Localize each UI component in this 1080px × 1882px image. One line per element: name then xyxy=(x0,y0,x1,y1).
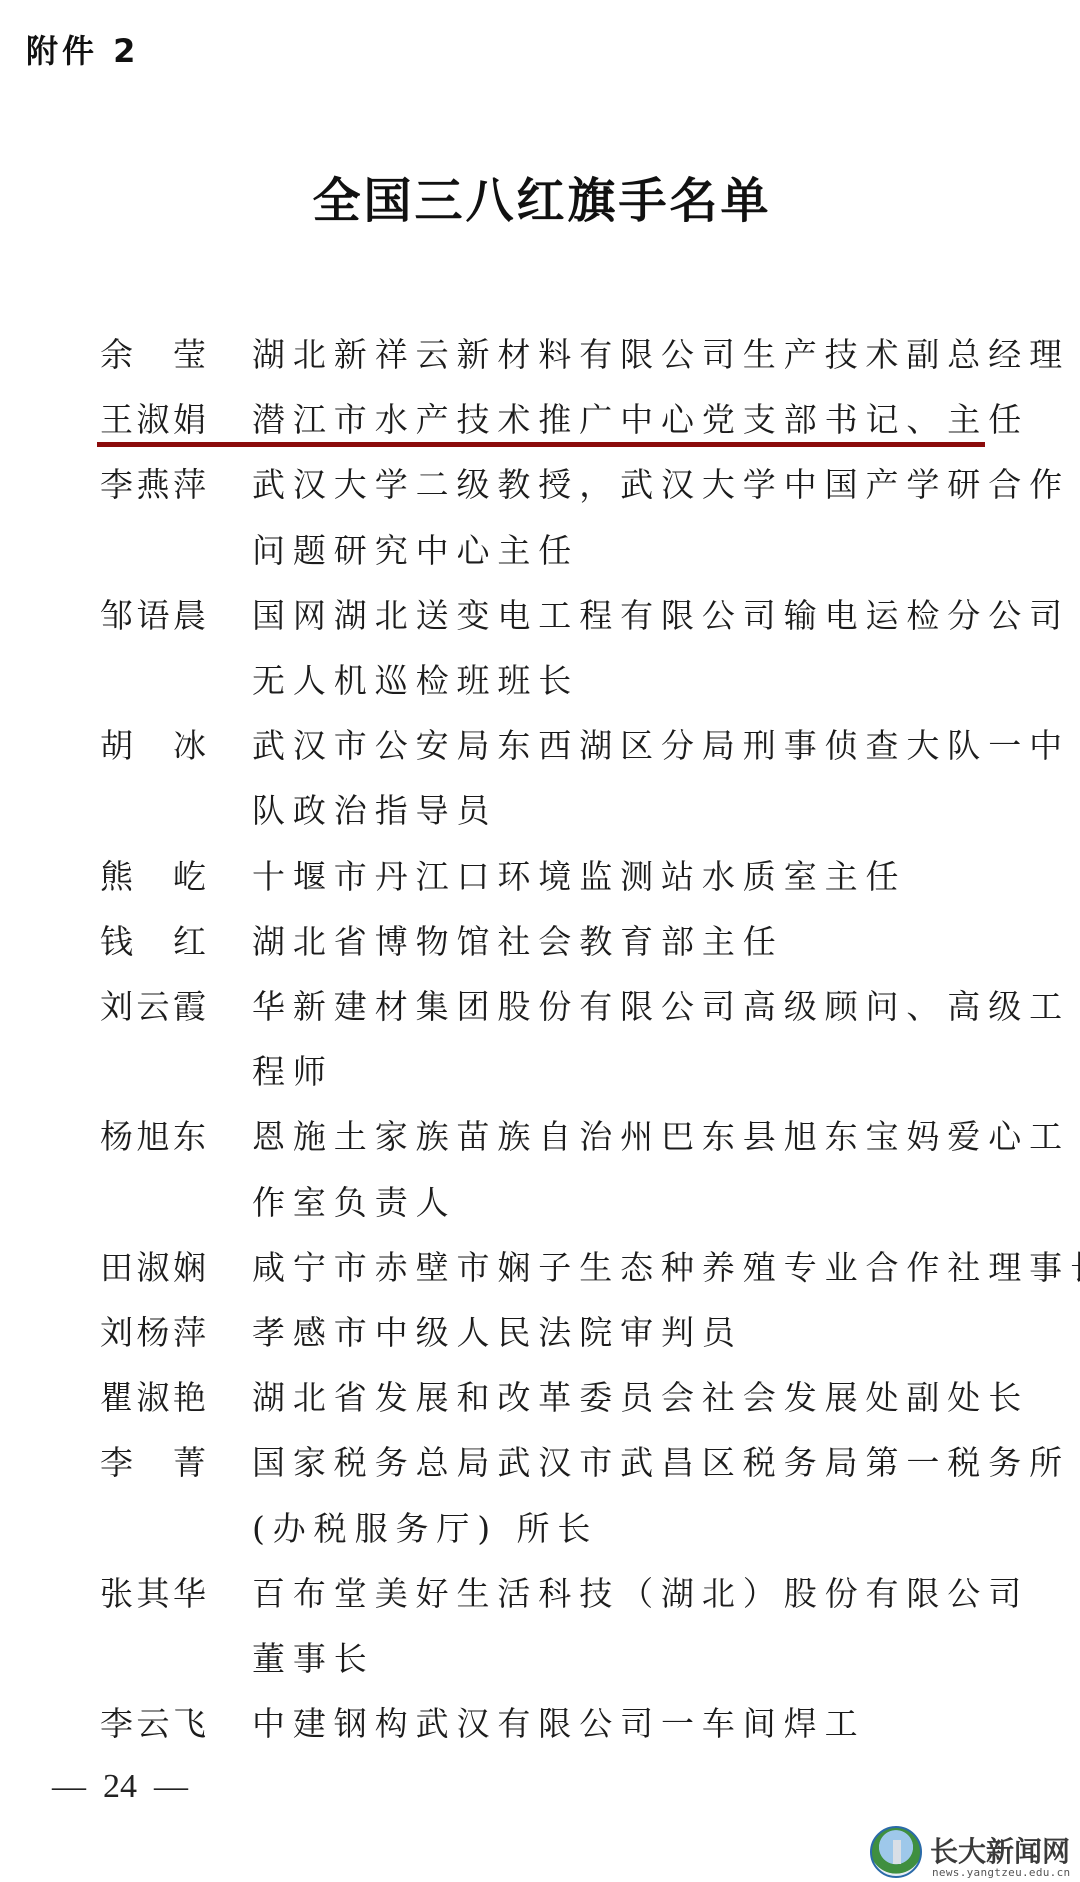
name-char: 李 xyxy=(100,1691,137,1756)
list-item-continuation: 无人机巡检班班长 xyxy=(0,648,1080,713)
name-char: 熊 xyxy=(100,844,173,909)
name-char: 张 xyxy=(100,1561,137,1626)
list-item: 刘云霞华新建材集团股份有限公司高级顾问、高级工 xyxy=(0,974,1080,1039)
name-char: 杨 xyxy=(100,1104,137,1169)
honoree-title: 无人机巡检班班长 xyxy=(252,648,579,713)
honoree-title: 十堰市丹江口环境监测站水质室主任 xyxy=(252,844,906,909)
page-number: — 24 — xyxy=(52,1768,188,1806)
honoree-title: 问题研究中心主任 xyxy=(252,518,579,583)
page-title: 全国三八红旗手名单 xyxy=(0,162,1080,231)
name-char: 刘 xyxy=(100,974,137,1039)
name-char: 其 xyxy=(137,1561,174,1626)
honoree-title: 百布堂美好生活科技（湖北）股份有限公司 xyxy=(252,1561,1029,1626)
honoree-title: 华新建材集团股份有限公司高级顾问、高级工 xyxy=(252,974,1070,1039)
name-char: 语 xyxy=(137,583,174,648)
honoree-name: 杨旭东 xyxy=(100,1104,206,1169)
attachment-label: 附件 2 xyxy=(26,26,139,72)
list-item: 熊屹十堰市丹江口环境监测站水质室主任 xyxy=(0,844,1080,909)
list-item: 李云飞中建钢构武汉有限公司一车间焊工 xyxy=(0,1691,1080,1756)
list-item-continuation: 队政治指导员 xyxy=(0,778,1080,843)
name-char: 晨 xyxy=(173,583,206,648)
list-item: 李菁国家税务总局武汉市武昌区税务局第一税务所 xyxy=(0,1430,1080,1495)
university-emblem-icon xyxy=(870,1826,922,1878)
honoree-title: 湖北省博物馆社会教育部主任 xyxy=(252,909,784,974)
honoree-title: 作室负责人 xyxy=(252,1170,457,1235)
list-item: 钱红湖北省博物馆社会教育部主任 xyxy=(0,909,1080,974)
name-char: 钱 xyxy=(100,909,173,974)
honoree-title: 武汉大学二级教授，武汉大学中国产学研合作 xyxy=(252,452,1070,517)
honoree-name: 田淑娴 xyxy=(100,1235,206,1300)
honoree-name: 熊屹 xyxy=(100,844,246,909)
list-item: 邹语晨国网湖北送变电工程有限公司输电运检分公司 xyxy=(0,583,1080,648)
honoree-name: 胡冰 xyxy=(100,713,246,778)
name-char: 淑 xyxy=(137,1365,174,1430)
name-char: 霞 xyxy=(173,974,206,1039)
list-item-continuation: 作室负责人 xyxy=(0,1170,1080,1235)
honoree-name: 邹语晨 xyxy=(100,583,206,648)
list-item: 余莹湖北新祥云新材料有限公司生产技术副总经理 xyxy=(0,322,1080,387)
list-item: 张其华百布堂美好生活科技（湖北）股份有限公司 xyxy=(0,1561,1080,1626)
honoree-name: 余莹 xyxy=(100,322,246,387)
name-char: 华 xyxy=(173,1561,206,1626)
honoree-title: 湖北新祥云新材料有限公司生产技术副总经理 xyxy=(252,322,1070,387)
honoree-title: 恩施土家族苗族自治州巴东县旭东宝妈爱心工 xyxy=(252,1104,1070,1169)
name-char: 胡 xyxy=(100,713,173,778)
site-url: news.yangtzeu.edu.cn xyxy=(932,1866,1070,1879)
name-char: 娴 xyxy=(173,1235,206,1300)
list-item: 刘杨萍孝感市中级人民法院审判员 xyxy=(0,1300,1080,1365)
list-item: 田淑娴咸宁市赤壁市娴子生态种养殖专业合作社理事长 xyxy=(0,1235,1080,1300)
honoree-name: 李菁 xyxy=(100,1430,246,1495)
list-item: 胡冰武汉市公安局东西湖区分局刑事侦查大队一中 xyxy=(0,713,1080,778)
name-char: 莹 xyxy=(173,322,246,387)
honoree-title: 队政治指导员 xyxy=(252,778,497,843)
list-item: 李燕萍武汉大学二级教授，武汉大学中国产学研合作 xyxy=(0,452,1080,517)
name-char: 艳 xyxy=(173,1365,206,1430)
list-item-continuation: (办税服务厅) 所长 xyxy=(0,1496,1080,1561)
name-char: 飞 xyxy=(173,1691,206,1756)
honoree-title: 武汉市公安局东西湖区分局刑事侦查大队一中 xyxy=(252,713,1070,778)
list-item-continuation: 董事长 xyxy=(0,1626,1080,1691)
name-char: 燕 xyxy=(137,452,174,517)
honoree-title: 国网湖北送变电工程有限公司输电运检分公司 xyxy=(252,583,1070,648)
watermark-logo: 长大新闻网 news.yangtzeu.edu.cn xyxy=(868,1824,1080,1882)
list-item-continuation: 程师 xyxy=(0,1039,1080,1104)
honoree-title: 咸宁市赤壁市娴子生态种养殖专业合作社理事长 xyxy=(252,1235,1080,1300)
name-char: 李 xyxy=(100,452,137,517)
honoree-name: 李燕萍 xyxy=(100,452,206,517)
name-char: 刘 xyxy=(100,1300,137,1365)
honoree-name: 钱红 xyxy=(100,909,246,974)
name-char: 萍 xyxy=(173,452,206,517)
honoree-title: 孝感市中级人民法院审判员 xyxy=(252,1300,743,1365)
name-char: 瞿 xyxy=(100,1365,137,1430)
honoree-name: 刘杨萍 xyxy=(100,1300,206,1365)
name-char: 杨 xyxy=(137,1300,174,1365)
name-char: 东 xyxy=(173,1104,206,1169)
site-name: 长大新闻网 xyxy=(930,1830,1070,1870)
name-char: 李 xyxy=(100,1430,173,1495)
name-char: 邹 xyxy=(100,583,137,648)
name-char: 余 xyxy=(100,322,173,387)
name-char: 田 xyxy=(100,1235,137,1300)
honoree-title: 程师 xyxy=(252,1039,334,1104)
honoree-title: 湖北省发展和改革委员会社会发展处副处长 xyxy=(252,1365,1029,1430)
honoree-name: 瞿淑艳 xyxy=(100,1365,206,1430)
honoree-title: 国家税务总局武汉市武昌区税务局第一税务所 xyxy=(252,1430,1070,1495)
name-char: 冰 xyxy=(173,713,246,778)
name-char: 云 xyxy=(137,974,174,1039)
honoree-title: (办税服务厅) 所长 xyxy=(252,1496,598,1561)
list-item-continuation: 问题研究中心主任 xyxy=(0,518,1080,583)
name-char: 菁 xyxy=(173,1430,246,1495)
name-char: 红 xyxy=(173,909,246,974)
honoree-title: 董事长 xyxy=(252,1626,375,1691)
name-char: 淑 xyxy=(137,1235,174,1300)
honoree-name: 刘云霞 xyxy=(100,974,206,1039)
name-char: 萍 xyxy=(173,1300,206,1365)
honoree-name: 张其华 xyxy=(100,1561,206,1626)
list-item: 杨旭东恩施土家族苗族自治州巴东县旭东宝妈爱心工 xyxy=(0,1104,1080,1169)
honoree-name: 李云飞 xyxy=(100,1691,206,1756)
red-underline-annotation xyxy=(97,442,985,447)
list-item: 瞿淑艳湖北省发展和改革委员会社会发展处副处长 xyxy=(0,1365,1080,1430)
name-char: 屹 xyxy=(173,844,246,909)
honoree-title: 中建钢构武汉有限公司一车间焊工 xyxy=(252,1691,866,1756)
name-char: 云 xyxy=(137,1691,174,1756)
name-char: 旭 xyxy=(137,1104,174,1169)
